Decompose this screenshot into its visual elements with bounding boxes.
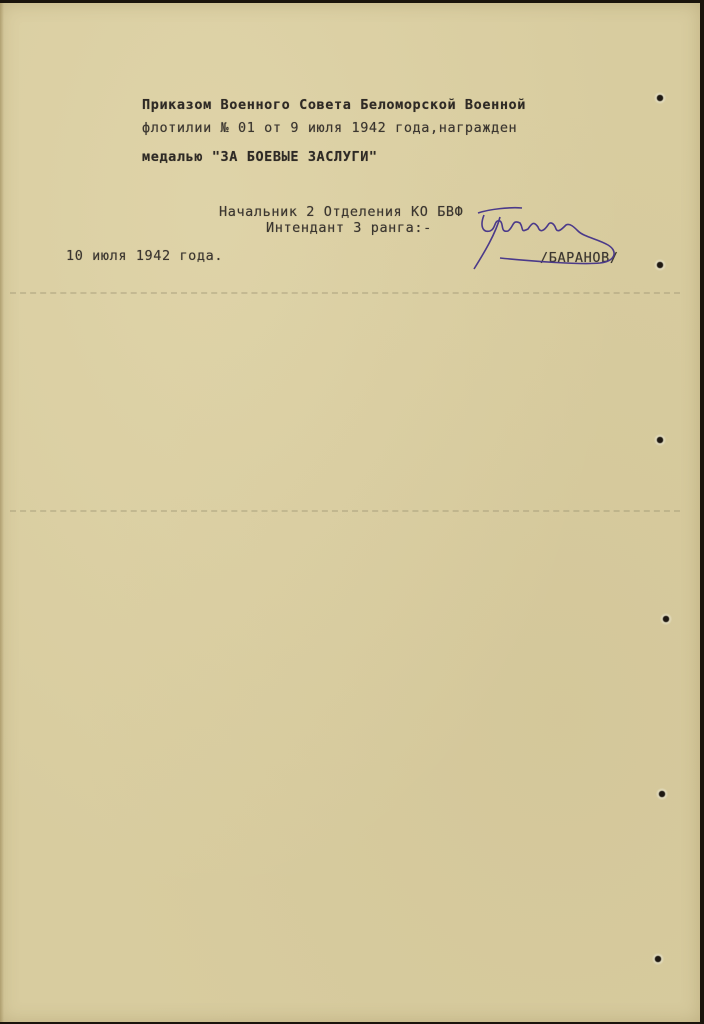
punch-hole-icon: [660, 613, 672, 625]
order-text-line-1: Приказом Военного Совета Беломорской Вое…: [142, 97, 526, 113]
faint-bleed-line: [10, 292, 680, 294]
faint-bleed-line: [10, 510, 680, 512]
punch-hole-icon: [654, 434, 666, 446]
signatory-title-line-1: Начальник 2 Отделения КО БВФ: [219, 204, 463, 220]
punch-hole-icon: [656, 788, 668, 800]
order-text-line-3: медалью "ЗА БОЕВЫЕ ЗАСЛУГИ": [142, 149, 378, 165]
document-date: 10 июля 1942 года.: [66, 248, 223, 264]
order-text-line-2: флотилии № 01 от 9 июля 1942 года,награж…: [142, 120, 517, 136]
document-page: Приказом Военного Совета Беломорской Вое…: [0, 3, 700, 1022]
handwritten-signature-icon: [470, 203, 630, 275]
punch-hole-icon: [654, 259, 666, 271]
punch-hole-icon: [654, 92, 666, 104]
signatory-title-line-2: Интендант 3 ранга:-: [266, 220, 432, 236]
punch-hole-icon: [652, 953, 664, 965]
